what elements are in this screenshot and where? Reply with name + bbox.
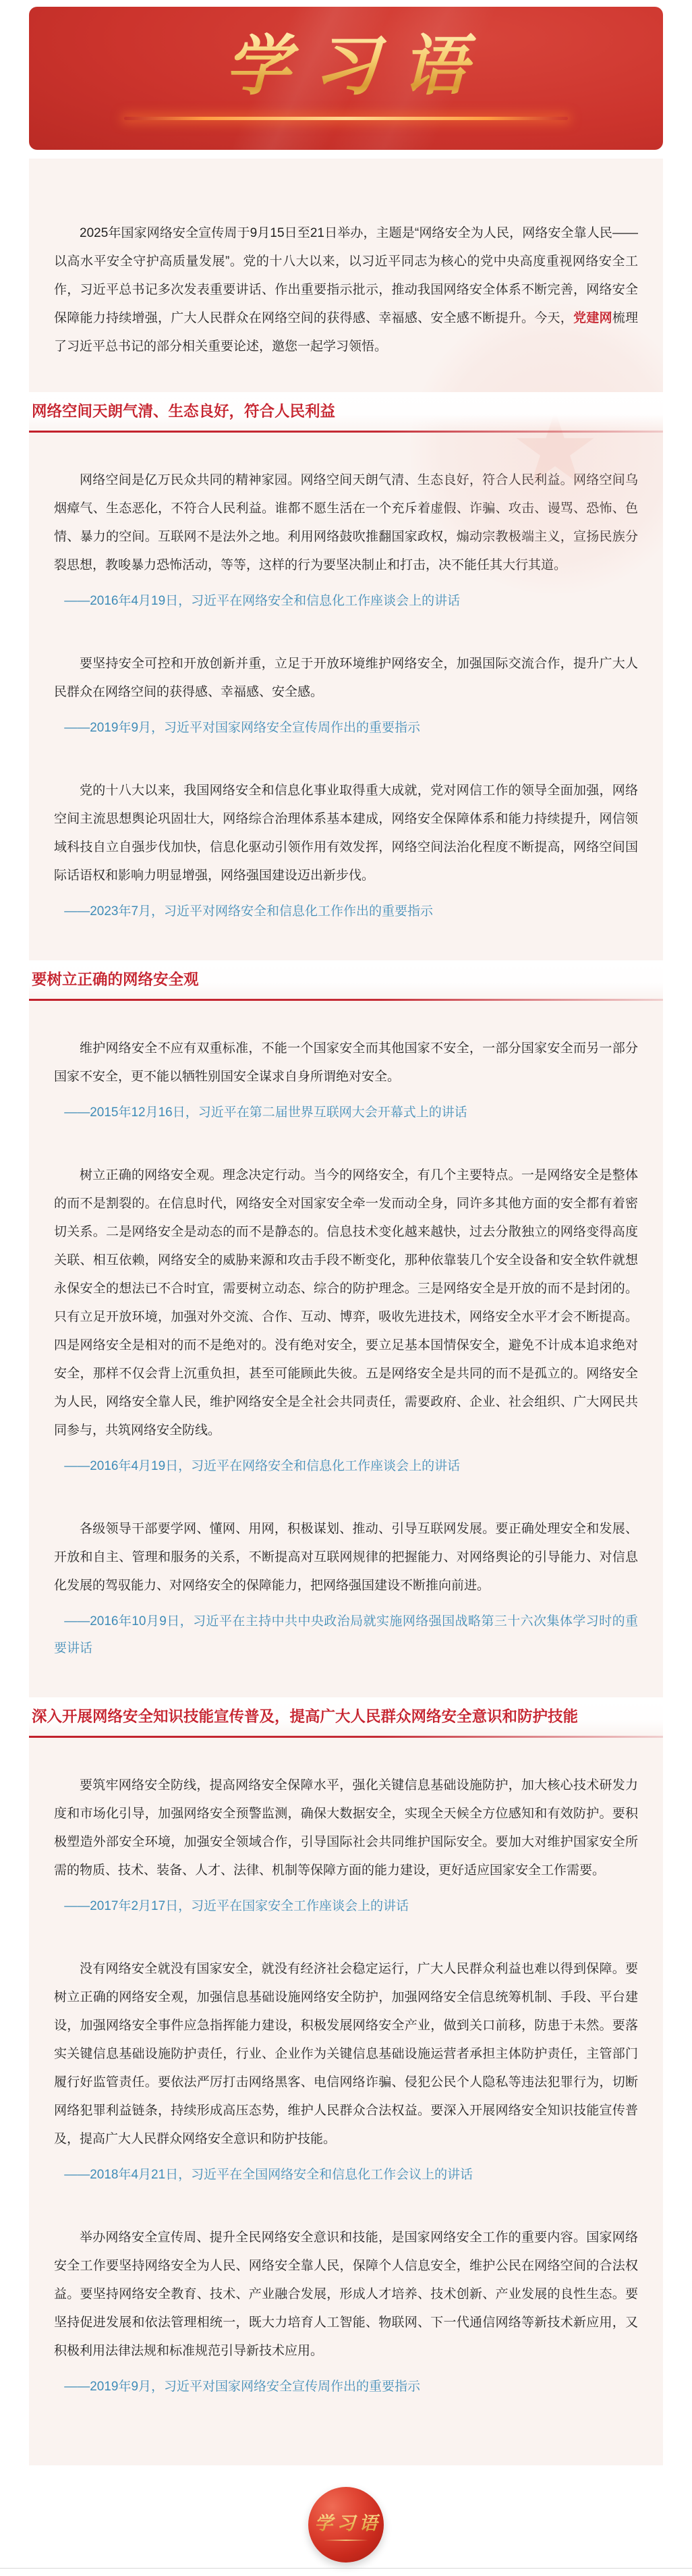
footer: 学习语 bbox=[0, 2465, 692, 2575]
quote-source: ——2019年9月，习近平对国家网络安全宣传周作出的重要指示 bbox=[54, 2374, 638, 2401]
section-3: 深入开展网络安全知识技能宣传普及，提高广大人民群众网络安全意识和防护技能 要筑牢… bbox=[54, 1697, 638, 2401]
section-heading: 深入开展网络安全知识技能宣传普及，提高广大人民群众网络安全意识和防护技能 bbox=[29, 1697, 663, 1738]
section-heading: 网络空间天朗气清、生态良好，符合人民利益 bbox=[29, 392, 663, 433]
quote-paragraph: 网络空间是亿万民众共同的精神家园。网络空间天朗气清、生态良好，符合人民利益。网络… bbox=[54, 466, 638, 580]
quote-source: ——2016年10月9日，习近平在主持中共中央政治局就实施网络强国战略第三十六次… bbox=[54, 1608, 638, 1662]
quote-paragraph: 树立正确的网络安全观。理念决定行动。当今的网络安全，有几个主要特点。一是网络安全… bbox=[54, 1161, 638, 1445]
seal-title: 学习语 bbox=[311, 2509, 382, 2535]
footer-divider bbox=[0, 2568, 692, 2569]
quote-source: ——2018年4月21日，习近平在全国网络安全和信息化工作会议上的讲话 bbox=[54, 2162, 638, 2189]
seal-logo: 学习语 bbox=[308, 2487, 384, 2563]
banner-title: 学习语 bbox=[29, 30, 663, 102]
quote-source: ——2023年7月，习近平对网络安全和信息化工作作出的重要指示 bbox=[54, 898, 638, 925]
quote-paragraph: 要坚持安全可控和开放创新并重，立足于开放环境维护网络安全，加强国际交流合作，提升… bbox=[54, 650, 638, 707]
quote-paragraph: 没有网络安全就没有国家安全，就没有经济社会稳定运行，广大人民群众利益也难以得到保… bbox=[54, 1955, 638, 2154]
quote-paragraph: 党的十八大以来，我国网络安全和信息化事业取得重大成就，党对网信工作的领导全面加强… bbox=[54, 777, 638, 890]
banner: 学习语 bbox=[29, 7, 663, 150]
brand-name: 党建网 bbox=[573, 311, 612, 325]
quote-paragraph: 维护网络安全不应有双重标准，不能一个国家安全而其他国家不安全，一部分国家安全而另… bbox=[54, 1035, 638, 1091]
quote-source: ——2017年2月17日，习近平在国家安全工作座谈会上的讲话 bbox=[54, 1893, 638, 1920]
quote-source: ——2016年4月19日，习近平在网络安全和信息化工作座谈会上的讲话 bbox=[54, 588, 638, 615]
quote-source: ——2016年4月19日，习近平在网络安全和信息化工作座谈会上的讲话 bbox=[54, 1453, 638, 1480]
quote-source: ——2019年9月，习近平对国家网络安全宣传周作出的重要指示 bbox=[54, 715, 638, 742]
quote-paragraph: 要筑牢网络安全防线，提高网络安全保障水平，强化关键信息基础设施防护，加大核心技术… bbox=[54, 1772, 638, 1885]
quote-paragraph: 各级领导干部要学网、懂网、用网，积极谋划、推动、引导互联网发展。要正确处理安全和… bbox=[54, 1515, 638, 1600]
section-2: 要树立正确的网络安全观 维护网络安全不应有双重标准，不能一个国家安全而其他国家不… bbox=[54, 960, 638, 1662]
intro-paragraph: 2025年国家网络安全宣传周于9月15日至21日举办，主题是“网络安全为人民，网… bbox=[54, 219, 638, 361]
seal-gold-underline bbox=[324, 2540, 368, 2541]
quote-source: ——2015年12月16日，习近平在第二届世界互联网大会开幕式上的讲话 bbox=[54, 1099, 638, 1126]
intro-text-before: 2025年国家网络安全宣传周于9月15日至21日举办，主题是“网络安全为人民，网… bbox=[54, 226, 638, 325]
section-heading: 要树立正确的网络安全观 bbox=[29, 960, 663, 1001]
article-page: 学习语 ★ 2025年国家网络安全宣传周于9月15日至21日举办，主题是“网络安… bbox=[0, 0, 692, 2575]
quote-paragraph: 举办网络安全宣传周、提升全民网络安全意识和技能，是国家网络安全工作的重要内容。国… bbox=[54, 2224, 638, 2365]
section-1: 网络空间天朗气清、生态良好，符合人民利益 网络空间是亿万民众共同的精神家园。网络… bbox=[54, 392, 638, 925]
article-body: ★ 2025年国家网络安全宣传周于9月15日至21日举办，主题是“网络安全为人民… bbox=[29, 159, 663, 2465]
banner-gold-divider bbox=[124, 117, 568, 120]
